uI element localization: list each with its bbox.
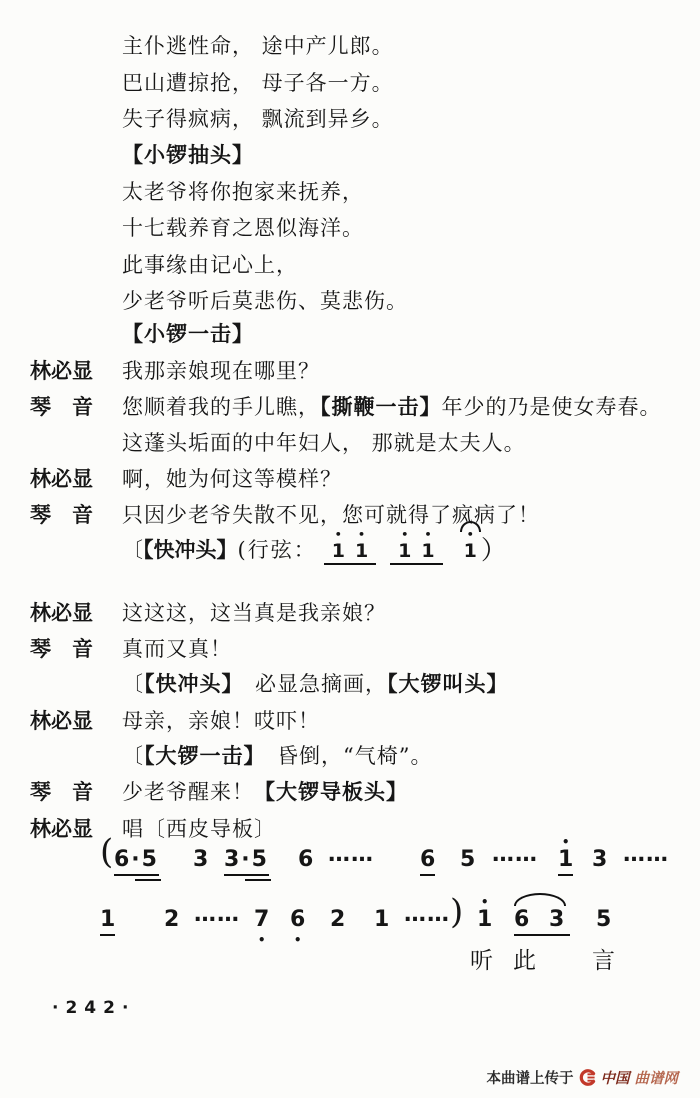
line-text: 您顺着我的手儿瞧， <box>122 395 320 419</box>
note-with-grace-arc: 1 <box>464 541 477 561</box>
note-token: 1 <box>100 908 115 936</box>
note-token: 3 <box>193 848 208 872</box>
script-line: 【小锣抽头】 <box>30 139 692 169</box>
page-number: ·242· <box>52 998 135 1018</box>
note-token: 3·5 <box>224 848 269 876</box>
line-text: 母亲，亲娘！哎吓！ <box>122 709 320 733</box>
script-line: 琴 音 少老爷醒来！【大锣导板头】 <box>30 776 692 806</box>
bracket-open: 〔 <box>122 744 144 768</box>
xingxian-notation-line: 〔【快冲头】(行弦：11111） <box>122 530 507 572</box>
speaker-name: 琴 音 <box>30 499 93 529</box>
script-line: 十七载养育之恩似海洋。 <box>30 212 692 242</box>
extension-dots: …… <box>492 843 538 867</box>
script-line: 林必显 母亲，亲娘！哎吓！ <box>30 705 692 735</box>
note: 1 <box>421 541 434 561</box>
bracket-close: ） <box>481 536 507 566</box>
percussion-tag: 【大锣导板头】 <box>254 780 408 804</box>
percussion-tag: 【撕鞭一击】 <box>320 395 442 419</box>
bracket-open: 〔 <box>122 672 144 696</box>
note-token: 7 <box>254 908 269 932</box>
note: 1 <box>398 541 411 561</box>
note-token: 3 <box>592 848 607 872</box>
line-text: 少老爷听后莫悲伤、莫悲伤。 <box>122 289 408 313</box>
speaker-name: 琴 音 <box>30 633 93 663</box>
line-text: 巴山遭掠抢， 母子各一方。 <box>122 71 394 95</box>
script-line: 巴山遭掠抢， 母子各一方。 <box>30 67 692 97</box>
line-text: 真而又真！ <box>122 637 232 661</box>
line-text: 年少的乃是使女寿春。 <box>442 395 662 419</box>
script-line: 琴 音 只因少老爷失散不见，您可就得了疯病了！ <box>30 499 692 529</box>
note-token-slurred: 6 3 <box>514 908 570 936</box>
script-line: 林必显 啊，她为何这等模样？ <box>30 463 692 493</box>
line-text: 少老爷醒来！ <box>122 780 254 804</box>
script-line: 〔【大锣一击】 昏倒，“气椅”。 <box>30 740 692 770</box>
note-token: 2 <box>164 908 179 932</box>
stage-direction: 昏倒，“气椅”。 <box>255 744 432 768</box>
script-line: 〔【快冲头】 必显急摘画，【大锣叫头】 <box>30 668 692 698</box>
percussion-tag: 【快冲头】 <box>143 538 238 562</box>
note-token: 6 <box>290 908 305 932</box>
note-group: 11 <box>324 538 376 565</box>
script-line: 林必显 唱〔西皮导板〕 <box>30 813 692 843</box>
speaker-name: 琴 音 <box>30 776 93 806</box>
script-line: 少老爷听后莫悲伤、莫悲伤。 <box>30 285 692 315</box>
line-text: 这蓬头垢面的中年妇人， 那就是太夫人。 <box>122 431 526 455</box>
music-line-1: ( 6·5 3 3·5 6 …… 6 5 …… 1 3 …… <box>0 840 700 886</box>
site-logo-icon <box>579 1069 596 1086</box>
line-text: 十七载养育之恩似海洋。 <box>122 216 364 240</box>
percussion-tag: 【小锣一击】 <box>122 322 254 346</box>
extension-dots: …… <box>194 903 240 927</box>
speaker-name: 琴 音 <box>30 391 93 421</box>
xingxian-label: (行弦： <box>238 538 317 562</box>
speaker-name: 林必显 <box>30 463 93 493</box>
music-lyrics: 听 此 言 <box>0 942 700 972</box>
stage-direction: 必显急摘画， <box>233 672 387 696</box>
script-line: 琴 音 真而又真！ <box>30 633 692 663</box>
line-text: 失子得疯病， 飘流到异乡。 <box>122 107 394 131</box>
extension-dots: …… <box>623 843 669 867</box>
note-token: 6 <box>420 848 435 876</box>
uploaded-text: 本曲谱上传于 <box>487 1067 574 1088</box>
speaker-name: 林必显 <box>30 705 93 735</box>
phrase-open-paren: ( <box>100 840 113 864</box>
extension-dots: …… <box>404 903 450 927</box>
footer-credit: 本曲谱上传于 中国 曲谱网 <box>487 1066 679 1088</box>
note-token: 6·5 <box>114 848 159 876</box>
bracket-open: 〔 <box>122 538 143 562</box>
percussion-tag: 【大锣叫头】 <box>387 672 509 696</box>
line-text: 这这这，这当真是我亲娘？ <box>122 601 386 625</box>
script-line: 失子得疯病， 飘流到异乡。 <box>30 103 692 133</box>
score-page: 主仆逃性命， 途中产儿郎。 巴山遭掠抢， 母子各一方。 失子得疯病， 飘流到异乡… <box>0 0 700 1098</box>
line-text: 唱〔西皮导板〕 <box>122 817 276 841</box>
script-line: 琴 音 您顺着我的手儿瞧，【撕鞭一击】年少的乃是使女寿春。 <box>30 391 692 421</box>
lyric-syllable: 此 <box>513 942 536 975</box>
speaker-name: 林必显 <box>30 813 93 843</box>
speaker-name: 林必显 <box>30 597 93 627</box>
lyric-syllable: 听 <box>470 942 493 975</box>
script-line: 【小锣一击】 <box>30 318 692 348</box>
line-text: 啊，她为何这等模样？ <box>122 467 342 491</box>
note: 1 <box>355 541 368 561</box>
note-token: 2 <box>330 908 345 932</box>
site-name-primary: 中国 <box>601 1067 630 1088</box>
script-line: 林必显 这这这，这当真是我亲娘？ <box>30 597 692 627</box>
line-text: 太老爷将你抱家来抚养， <box>122 180 364 204</box>
note-token: 5 <box>460 848 475 872</box>
script-line: 林必显 我那亲娘现在哪里？ <box>30 355 692 385</box>
site-name-secondary: 曲谱网 <box>635 1067 679 1088</box>
note-token: 5 <box>596 908 611 932</box>
line-text: 此事缘由记心上， <box>122 253 298 277</box>
script-line: 太老爷将你抱家来抚养， <box>30 176 692 206</box>
note-token: 1 <box>477 908 492 932</box>
percussion-tag: 【快冲头】 <box>144 672 233 696</box>
percussion-tag: 【大锣一击】 <box>144 744 255 768</box>
percussion-tag: 【小锣抽头】 <box>122 143 254 167</box>
script-line: 主仆逃性命， 途中产儿郎。 <box>30 30 692 60</box>
note-token: 6 <box>298 848 313 872</box>
note-token: 1 <box>558 848 573 876</box>
speaker-name: 林必显 <box>30 355 93 385</box>
line-text: 主仆逃性命， 途中产儿郎。 <box>122 34 394 58</box>
script-line: 此事缘由记心上， <box>30 249 692 279</box>
phrase-close-paren: ) <box>450 900 463 924</box>
music-line-2: 1 2 …… 7 6 2 1 …… ) 1 6 3 5 <box>0 900 700 946</box>
note-token: 1 <box>374 908 389 932</box>
note-group: 11 <box>390 538 442 565</box>
extension-dots: …… <box>328 843 374 867</box>
script-line: 这蓬头垢面的中年妇人， 那就是太夫人。 <box>30 427 692 457</box>
line-text: 我那亲娘现在哪里？ <box>122 359 320 383</box>
lyric-syllable: 言 <box>592 942 615 975</box>
note: 1 <box>332 541 345 561</box>
